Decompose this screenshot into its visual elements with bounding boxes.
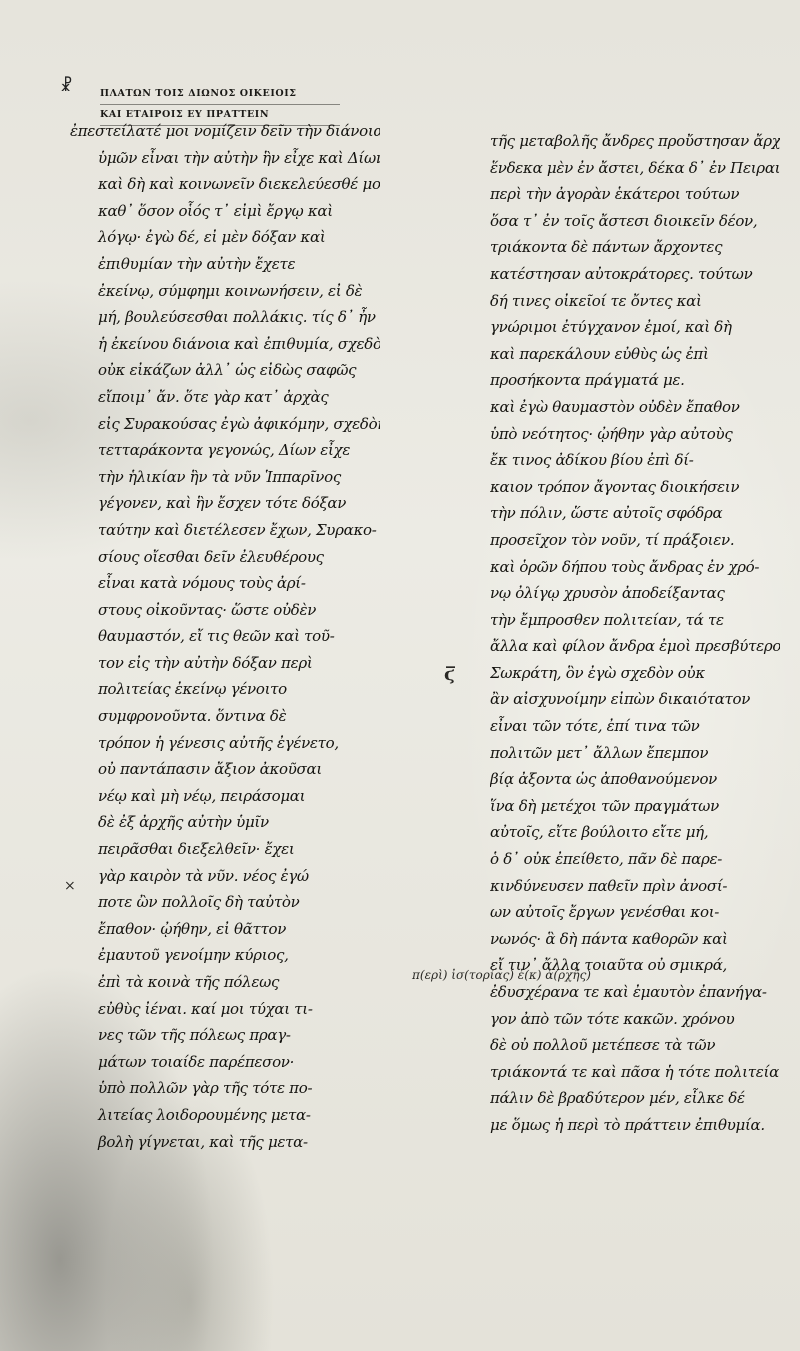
text-line: καιον τρόπον ἄγοντας διοικήσειν xyxy=(490,474,780,501)
text-line: ἵνα δὴ μετέχοι τῶν πραγμάτων xyxy=(490,793,780,820)
text-line: καὶ ἐγὼ θαυμαστὸν οὐδὲν ἔπαθον xyxy=(490,394,780,421)
text-line: αὐτοῖς, εἴτε βούλοιτο εἴτε μή, xyxy=(490,819,780,846)
text-line: περὶ τὴν ἀγορὰν ἑκάτεροι τούτων xyxy=(490,181,780,208)
text-line: ἐπιθυμίαν τὴν αὐτὴν ἔχετε xyxy=(70,251,380,278)
left-text-column: ἐπεστείλατέ μοι νομίζειν δεῖν τὴν διάνοι… xyxy=(70,118,380,1155)
text-line: ἡ ἐκείνου διάνοια καὶ ἐπιθυμία, σχεδὸν xyxy=(70,331,380,358)
text-line: νῳ ὀλίγῳ χρυσὸν ἀποδείξαντας xyxy=(490,580,780,607)
text-line: δὲ οὐ πολλοῦ μετέπεσε τὰ τῶν xyxy=(490,1032,780,1059)
text-line: ἔκ τινος ἀδίκου βίου ἐπὶ δί- xyxy=(490,447,780,474)
text-line: τον εἰς τὴν αὐτὴν δόξαν περὶ xyxy=(70,650,380,677)
text-line: ἂν αἰσχυνοίμην εἰπὼν δικαιότατον xyxy=(490,686,780,713)
marginal-cross-mark: × xyxy=(64,878,76,894)
text-line: κινδύνευσεν παθεῖν πρὶν ἀνοσί- xyxy=(490,873,780,900)
text-line: μάτων τοιαίδε παρέπεσον· xyxy=(70,1049,380,1076)
text-line: σίους οἴεσθαι δεῖν ἐλευθέρους xyxy=(70,544,380,571)
text-line: θαυμαστόν, εἴ τις θεῶν καὶ τοῦ- xyxy=(70,623,380,650)
text-line: ἐπὶ τὰ κοινὰ τῆς πόλεως xyxy=(70,969,380,996)
text-line: τὴν ἡλικίαν ἣν τὰ νῦν Ἱππαρῖνος xyxy=(70,464,380,491)
text-line: ὑπὸ πολλῶν γὰρ τῆς τότε πο- xyxy=(70,1075,380,1102)
text-line: δή τινες οἰκεῖοί τε ὄντες καὶ xyxy=(490,288,780,315)
text-line: τριάκοντα δὲ πάντων ἄρχοντες xyxy=(490,234,780,261)
text-line: ἔπαθον· ᾠήθην, εἰ θᾶττον xyxy=(70,916,380,943)
text-line: νωνός· ἃ δὴ πάντα καθορῶν καὶ xyxy=(490,926,780,953)
text-line: εἰς Συρακούσας ἐγὼ ἀφικόμην, σχεδὸν ἔτη xyxy=(70,411,380,438)
text-line: συμφρονοῦντα. ὅντινα δὲ xyxy=(70,703,380,730)
text-line: τὴν ἔμπροσθεν πολιτείαν, τά τε xyxy=(490,607,780,634)
text-line: ἐκείνῳ, σύμφημι κοινωνήσειν, εἰ δὲ xyxy=(70,278,380,305)
manuscript-page: ☧ ΠΛΑΤΩΝ ΤΟΙΣ ΔΙΩΝΟΣ ΟΙΚΕΙΟΙΣ ΚΑΙ ΕΤΑΙΡΟ… xyxy=(0,0,800,1351)
text-line: Σωκράτη, ὃν ἐγὼ σχεδὸν οὐκ xyxy=(490,660,780,687)
text-line: κατέστησαν αὐτοκράτορες. τούτων xyxy=(490,261,780,288)
cross-mark-icon: ☧ xyxy=(60,76,73,95)
text-line: καὶ ὁρῶν δήπου τοὺς ἄνδρας ἐν χρό- xyxy=(490,554,780,581)
text-line: τὴν πόλιν, ὥστε αὐτοῖς σφόδρα xyxy=(490,500,780,527)
text-line: ἕνδεκα μὲν ἐν ἄστει, δέκα δ᾽ ἐν Πειραιεῖ… xyxy=(490,155,780,182)
text-line: εἴποιμ᾽ ἄν. ὅτε γὰρ κατ᾽ ἀρχὰς xyxy=(70,384,380,411)
right-text-column: τῆς μεταβολῆς ἄνδρες προὔστησαν ἄρχοντες… xyxy=(490,128,780,1139)
text-line: ἐδυσχέρανα τε καὶ ἐμαυτὸν ἐπανήγα- xyxy=(490,979,780,1006)
text-line: βίᾳ ἀξοντα ὡς ἀποθανούμενον xyxy=(490,766,780,793)
text-line: πολιτείας ἐκείνῳ γένοιτο xyxy=(70,676,380,703)
text-line: μή, βουλεύσεσθαι πολλάκις. τίς δ᾽ ἦν xyxy=(70,304,380,331)
text-line: γέγονεν, καὶ ἣν ἔσχεν τότε δόξαν xyxy=(70,490,380,517)
text-line: πάλιν δὲ βραδύτερον μέν, εἷλκε δέ xyxy=(490,1085,780,1112)
text-line: ταύτην καὶ διετέλεσεν ἔχων, Συρακο- xyxy=(70,517,380,544)
heading-line-1: ΠΛΑΤΩΝ ΤΟΙΣ ΔΙΩΝΟΣ ΟΙΚΕΙΟΙΣ xyxy=(100,84,340,105)
text-line: καθ᾽ ὅσον οἷός τ᾽ εἰμὶ ἔργῳ καὶ xyxy=(70,198,380,225)
text-line: λιτείας λοιδορουμένης μετα- xyxy=(70,1102,380,1129)
text-line: πειρᾶσθαι διεξελθεῖν· ἔχει xyxy=(70,836,380,863)
text-line: ων αὐτοῖς ἔργων γενέσθαι κοι- xyxy=(490,899,780,926)
text-line: γὰρ καιρὸν τὰ νῦν. νέος ἐγώ xyxy=(70,863,380,890)
text-line: με ὅμως ἡ περὶ τὸ πράττειν ἐπιθυμία. xyxy=(490,1112,780,1139)
marginal-note: π(ερὶ) ἰσ(τορίας) ἐ(κ) ἀ(ρχῆς) xyxy=(412,968,591,982)
text-line: νες τῶν τῆς πόλεως πραγ- xyxy=(70,1022,380,1049)
text-line: πολιτῶν μετ᾽ ἄλλων ἔπεμπον xyxy=(490,740,780,767)
text-line: λόγῳ· ἐγὼ δέ, εἰ μὲν δόξαν καὶ xyxy=(70,224,380,251)
text-line: εἶναι κατὰ νόμους τοὺς ἀρί- xyxy=(70,570,380,597)
marginal-siglum: ϛ̅ xyxy=(444,664,455,685)
text-line: νέῳ καὶ μὴ νέῳ, πειράσομαι xyxy=(70,783,380,810)
text-line: ὅσα τ᾽ ἐν τοῖς ἄστεσι διοικεῖν δέον, xyxy=(490,208,780,235)
text-line: εὐθὺς ἰέναι. καί μοι τύχαι τι- xyxy=(70,996,380,1023)
text-line: στους οἰκοῦντας· ὥστε οὐδὲν xyxy=(70,597,380,624)
text-line: τρόπον ἡ γένεσις αὐτῆς ἐγένετο, xyxy=(70,730,380,757)
text-line: καὶ παρεκάλουν εὐθὺς ὡς ἐπὶ xyxy=(490,341,780,368)
text-line: οὐ παντάπασιν ἄξιον ἀκοῦσαι xyxy=(70,756,380,783)
text-line: βολὴ γίγνεται, καὶ τῆς μετα- xyxy=(70,1129,380,1156)
text-line: τῆς μεταβολῆς ἄνδρες προὔστησαν ἄρχοντες… xyxy=(490,128,780,155)
text-line: γνώριμοι ἐτύγχανον ἐμοί, καὶ δὴ xyxy=(490,314,780,341)
text-line: ἄλλα καὶ φίλον ἄνδρα ἐμοὶ πρεσβύτερον xyxy=(490,633,780,660)
text-line: δὲ ἐξ ἀρχῆς αὐτὴν ὑμῖν xyxy=(70,809,380,836)
text-line: γον ἀπὸ τῶν τότε κακῶν. χρόνου xyxy=(490,1006,780,1033)
text-line: ὑπὸ νεότητος· ᾠήθην γὰρ αὐτοὺς xyxy=(490,421,780,448)
text-line: ἐμαυτοῦ γενοίμην κύριος, xyxy=(70,942,380,969)
text-line: τριάκοντά τε καὶ πᾶσα ἡ τότε πολιτεία· xyxy=(490,1059,780,1086)
text-line: ἐπεστείλατέ μοι νομίζειν δεῖν τὴν διάνοι… xyxy=(70,118,380,145)
text-line: τετταράκοντα γεγονώς, Δίων εἶχε xyxy=(70,437,380,464)
text-line: καὶ δὴ καὶ κοινωνεῖν διεκελεύεσθέ μοι, xyxy=(70,171,380,198)
text-line: προσήκοντα πράγματά με. xyxy=(490,367,780,394)
text-line: οὐκ εἰκάζων ἀλλ᾽ ὡς εἰδὼς σαφῶς xyxy=(70,357,380,384)
text-line: εἶναι τῶν τότε, ἐπί τινα τῶν xyxy=(490,713,780,740)
text-line: προσεῖχον τὸν νοῦν, τί πράξοιεν. xyxy=(490,527,780,554)
text-line: ὑμῶν εἶναι τὴν αὐτὴν ἣν εἶχε καὶ Δίων, xyxy=(70,145,380,172)
text-line: ποτε ὢν πολλοῖς δὴ ταὐτὸν xyxy=(70,889,380,916)
text-line: ὁ δ᾽ οὐκ ἐπείθετο, πᾶν δὲ παρε- xyxy=(490,846,780,873)
